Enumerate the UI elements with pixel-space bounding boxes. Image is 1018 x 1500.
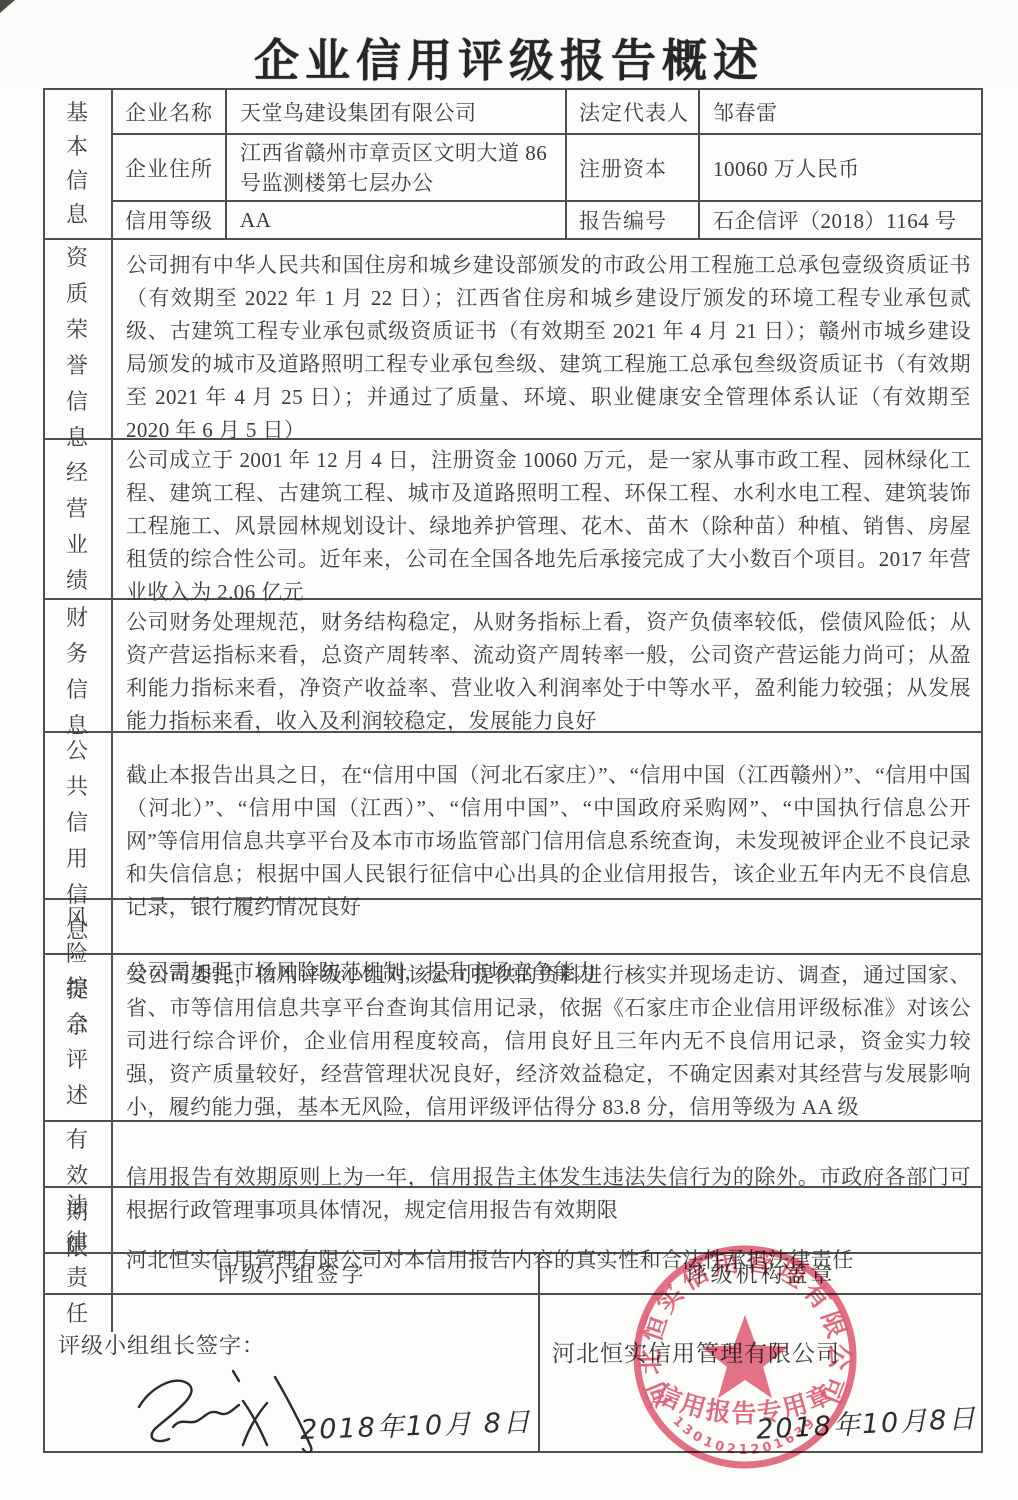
section-comprehensive-review: 综合评述 受公司委托，信用评级小组对该公司提供的资料进行核实并现场走访、调查，通… <box>45 955 981 1122</box>
field-label-report-number: 报告编号 <box>567 202 700 238</box>
section-business-performance: 经营业绩 公司成立于 2001 年 12 月 4 日，注册资金 10060 万元… <box>45 440 981 600</box>
section-risk-warning: 风险提示 公司需加强市场风险防范机制，提升市场竞争能力 <box>45 900 981 955</box>
section-text-business-performance: 公司成立于 2001 年 12 月 4 日，注册资金 10060 万元，是一家从… <box>126 444 971 609</box>
section-public-credit-info: 公共信用信息 截止本报告出具之日，在“信用中国（河北石家庄）”、“信用中国（江西… <box>45 733 981 900</box>
field-label-registered-capital: 注册资本 <box>567 135 700 202</box>
section-validity-period: 有效期限 信用报告有效期原则上为一年，信用报告主体发生违法失信行为的除外。市政府… <box>45 1122 981 1188</box>
stamp-star-icon <box>701 1315 788 1398</box>
handwritten-signature <box>115 1369 325 1453</box>
section-financial-info: 财务信息 公司财务处理规范，财务结构稳定，从财务指标上看，资产负债率较低，偿债风… <box>45 600 981 733</box>
field-value-company-address: 江西省赣州市章贡区文明大道 86 号监测楼第七层办公 <box>227 135 567 202</box>
field-label-company-address: 企业住所 <box>113 135 227 202</box>
field-value-company-name: 天堂鸟建设集团有限公司 <box>227 90 567 135</box>
team-leader-signature-label: 评级小组组长签字： <box>58 1333 265 1358</box>
section-text-qualification-honors: 公司拥有中华人民共和国住房和城乡建设部颁发的市政公用工程施工总承包壹级资质证书（… <box>126 249 971 447</box>
field-value-report-number: 石企信评（2018）1164 号 <box>700 202 981 238</box>
team-signature-date: 2018年10月 8日 <box>300 1400 533 1447</box>
section-label-comprehensive-review: 综合评述 <box>45 955 113 1128</box>
field-value-registered-capital: 10060 万人民币 <box>700 135 981 202</box>
field-label-credit-rating: 信用等级 <box>113 202 227 238</box>
basic-info-band: 基本信息 企业名称 天堂鸟建设集团有限公司 法定代表人 邹春雷 企业住所 江西省… <box>45 90 981 240</box>
official-red-stamp: 河北恒实信用管理有限公司 信用报告专用章 1301021201639 <box>613 1225 877 1489</box>
section-label-business-performance: 经营业绩 <box>45 440 113 613</box>
page-title: 企业信用评级报告概述 <box>0 24 1018 89</box>
scanned-credit-report-page: 企业信用评级报告概述 基本信息 企业名称 天堂鸟建设集团有限公司 法定代表人 邹… <box>0 0 1018 1500</box>
rating-team-signature-header: 评级小组签字 <box>45 1254 540 1293</box>
field-value-legal-representative: 邹春雷 <box>700 90 981 135</box>
field-label-legal-representative: 法定代表人 <box>567 90 700 135</box>
section-label-financial-info: 财务信息 <box>45 600 113 744</box>
section-label-basic-info: 基本信息 <box>45 90 113 238</box>
section-text-financial-info: 公司财务处理规范，财务结构稳定，从财务指标上看，资产负债率较低，偿债风险低；从资… <box>126 606 971 738</box>
section-text-public-credit-info: 截止本报告出具之日，在“信用中国（河北石家庄）”、“信用中国（江西赣州）”、“信… <box>126 759 971 924</box>
field-label-company-name: 企业名称 <box>113 90 227 135</box>
section-qualification-honors: 资质荣誉信息 公司拥有中华人民共和国住房和城乡建设部颁发的市政公用工程施工总承包… <box>45 240 981 440</box>
section-text-comprehensive-review: 受公司委托，信用评级小组对该公司提供的资料进行核实并现场走访、调查，通过国家、省… <box>126 959 971 1124</box>
section-label-qualification-honors: 资质荣誉信息 <box>45 240 113 456</box>
field-value-credit-rating: AA <box>227 202 567 238</box>
team-leader-signature-cell: 评级小组组长签字： 2018年10月 8日 <box>45 1295 540 1451</box>
scan-corner-artifact <box>0 0 15 13</box>
